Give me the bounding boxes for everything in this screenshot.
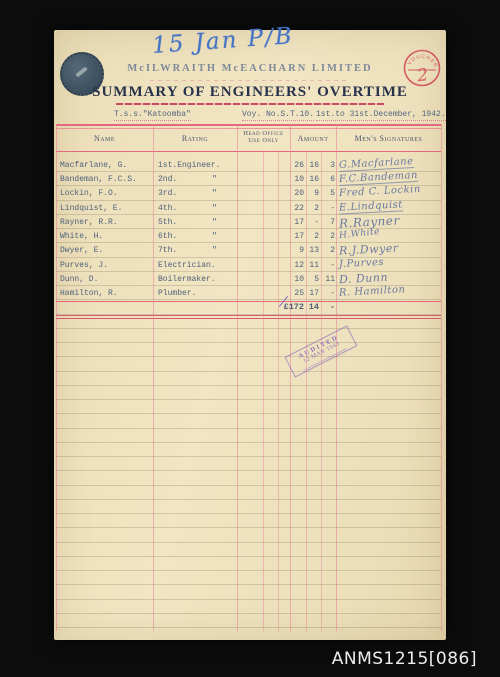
engineer-signature: G.Macfarlane: [339, 156, 414, 172]
document-paper: 15 Jan P/B McILWRAITH McEACHARN LIMITED …: [54, 30, 446, 640]
ruled-line: [56, 413, 441, 414]
header-head-office-line1: Head Office: [237, 130, 290, 137]
table-top-rule: [56, 124, 441, 126]
header-rating: Rating: [153, 134, 237, 143]
amount-shillings: 13: [305, 246, 319, 255]
engineer-signature: E.Lindquist: [339, 199, 403, 214]
engineer-name: Rayner, R.R.: [60, 218, 118, 227]
header-head-office: Head Office Use Only: [237, 130, 290, 145]
ruled-line: [56, 342, 441, 343]
page-title: SUMMARY OF ENGINEERS' OVERTIME: [54, 84, 446, 101]
period-dates: 1st.to 31st.December, 1942.: [316, 110, 446, 121]
ruled-line: [56, 627, 441, 628]
amount-pounds: 10: [280, 275, 304, 284]
amount-shillings: 11: [305, 261, 319, 270]
amount-shillings: -: [305, 218, 319, 227]
engineer-name: Hamilton, R.: [60, 289, 118, 298]
ditto-mark: ": [212, 175, 217, 184]
ruled-line: [56, 584, 441, 585]
engineer-rating: 2nd.: [158, 175, 177, 184]
ruled-line: [56, 527, 441, 528]
total-bottom-rule2: [56, 318, 441, 319]
amount-pounds: 22: [280, 204, 304, 213]
header-amount: Amount: [290, 134, 336, 143]
engineer-rating: 3rd.: [158, 189, 177, 198]
total-pounds: £172: [270, 302, 304, 312]
ditto-mark: ": [212, 232, 217, 241]
engineer-name: Lindquist, E.: [60, 204, 122, 213]
amount-pence: 6: [321, 175, 335, 184]
ruled-line: [56, 385, 441, 386]
engineer-name: Dunn, D.: [60, 275, 98, 284]
voyage-number: Voy. No.S.T.10.: [242, 110, 314, 121]
ruled-line: [56, 442, 441, 443]
header-head-office-line2: Use Only: [237, 137, 290, 144]
amount-pence: 3: [321, 161, 335, 170]
amount-shillings: 2: [305, 232, 319, 241]
table-top-rule2: [56, 128, 441, 129]
engineer-rating: Electrician.: [158, 261, 216, 270]
ditto-mark: ": [212, 246, 217, 255]
amount-pounds: 17: [280, 218, 304, 227]
amount-pence: -: [321, 289, 335, 298]
amount-pounds: 20: [280, 189, 304, 198]
amount-pence: -: [321, 204, 335, 213]
ruled-line: [56, 613, 441, 614]
engineer-signature: J.Purves: [339, 257, 385, 270]
amount-shillings: 9: [305, 189, 319, 198]
company-rule: [150, 80, 350, 81]
engineer-name: Macfarlane, G.: [60, 161, 127, 170]
amount-pence: 7: [321, 218, 335, 227]
amount-shillings: 16: [305, 175, 319, 184]
ruled-line: [56, 428, 441, 429]
ruled-line: [56, 470, 441, 471]
ruled-line: [56, 599, 441, 600]
engineer-name: Lockin, F.O.: [60, 189, 118, 198]
engineer-rating: 4th.: [158, 204, 177, 213]
engineer-rating: Plumber.: [158, 289, 196, 298]
column-line: [441, 124, 442, 631]
ditto-mark: ": [212, 204, 217, 213]
engineer-signature: R.J.Dwyer: [339, 241, 399, 257]
header-bottom-rule: [56, 151, 441, 152]
engineer-signature: D. Dunn: [339, 271, 389, 287]
engineer-signature: R. Hamilton: [339, 284, 406, 298]
engineer-rating: 7th.: [158, 246, 177, 255]
ruled-line: [56, 542, 441, 543]
photo-background: 15 Jan P/B McILWRAITH McEACHARN LIMITED …: [0, 0, 500, 677]
ruled-line: [56, 456, 441, 457]
ruled-line: [56, 356, 441, 357]
header-name: Name: [56, 134, 153, 143]
amount-shillings: 17: [305, 289, 319, 298]
amount-pounds: 26: [280, 161, 304, 170]
total-row: £172 14 -: [56, 302, 441, 314]
engineer-name: Bandeman, F.C.S.: [60, 175, 137, 184]
table-row: Hamilton, R. Plumber. 25 17 - R. Hamilto…: [56, 289, 441, 302]
title-underline: [116, 103, 384, 105]
amount-shillings: 2: [305, 204, 319, 213]
ruled-line: [56, 570, 441, 571]
voucher-stamp: VOUCHER 2: [402, 48, 442, 88]
ruled-line: [56, 499, 441, 500]
vessel-name: T.s.s."Katoomba": [114, 110, 191, 121]
total-pence: -: [321, 302, 335, 312]
engineer-name: Dwyer, E.: [60, 246, 103, 255]
amount-pence: 2: [321, 232, 335, 241]
subheader: T.s.s."Katoomba" Voy. No.S.T.10. 1st.to …: [54, 110, 446, 124]
ruled-line: [56, 371, 441, 372]
total-shillings: 14: [305, 302, 319, 312]
engineer-rating: 6th.: [158, 232, 177, 241]
amount-pence: 11: [321, 275, 335, 284]
ditto-mark: ": [212, 189, 217, 198]
amount-pounds: 17: [280, 232, 304, 241]
table-row: Rayner, R.R. 5th. " 17 - 7 R.Rayner: [56, 218, 441, 231]
total-bottom-rule1: [56, 315, 441, 316]
amount-pounds: 10: [280, 175, 304, 184]
company-name: McILWRAITH McEACHARN LIMITED: [54, 63, 446, 74]
amount-pence: 5: [321, 189, 335, 198]
ruled-line: [56, 328, 441, 329]
handwritten-date-note: 15 Jan P/B: [151, 19, 352, 59]
ruled-line: [56, 485, 441, 486]
engineer-rating: 1st.Engineer.: [158, 161, 220, 170]
engineer-rating: Boilermaker.: [158, 275, 216, 284]
amount-shillings: 5: [305, 275, 319, 284]
amount-pence: -: [321, 261, 335, 270]
amount-pounds: 12: [280, 261, 304, 270]
amount-pounds: 9: [280, 246, 304, 255]
ditto-mark: ": [212, 218, 217, 227]
ruled-line: [56, 399, 441, 400]
engineer-name: Purves, J.: [60, 261, 108, 270]
engineer-name: White, H.: [60, 232, 103, 241]
archive-caption: ANMS1215[086]: [332, 649, 477, 669]
header-signatures: Men's Signatures: [336, 134, 441, 143]
voucher-stamp-number: 2: [415, 65, 429, 86]
engineer-rating: 5th.: [158, 218, 177, 227]
ruled-line: [56, 513, 441, 514]
ruled-line: [56, 556, 441, 557]
amount-pence: 2: [321, 246, 335, 255]
amount-shillings: 16: [305, 161, 319, 170]
